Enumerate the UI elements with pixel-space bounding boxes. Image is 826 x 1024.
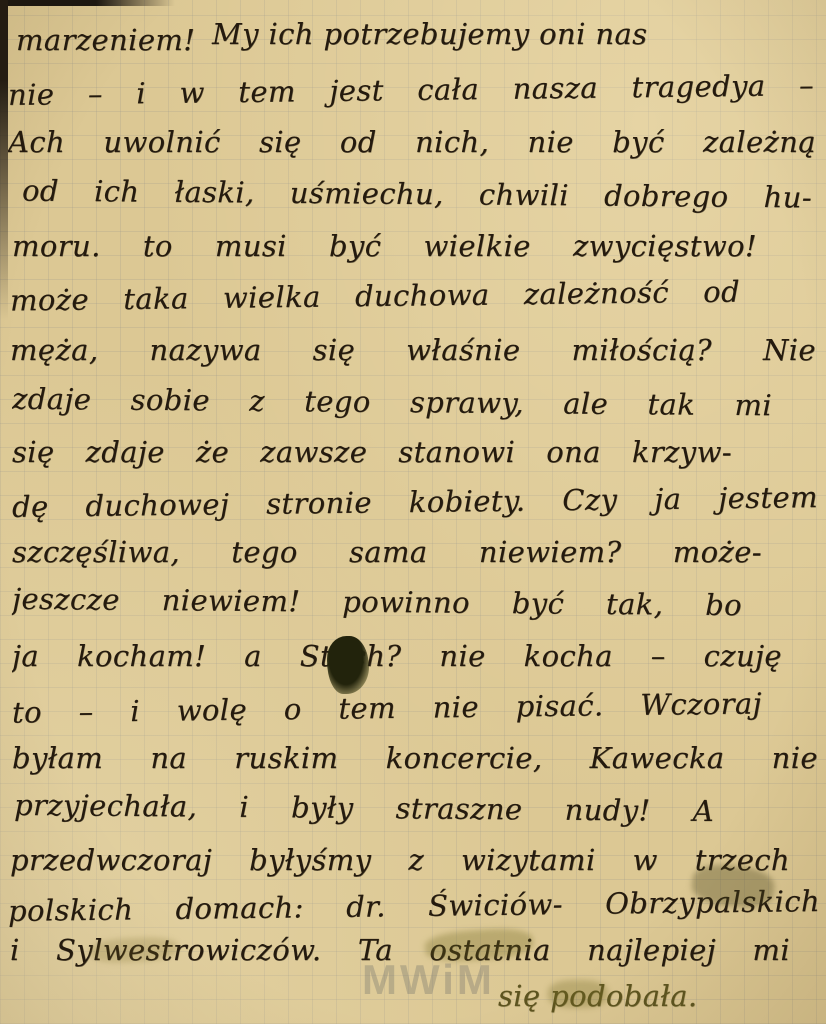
ink-smudge: [548, 980, 608, 1008]
manuscript-line: My ich potrzebujemy oni nas: [212, 14, 818, 54]
manuscript-line: moru. to musi być wielkie zwycięstwo!: [12, 226, 757, 270]
manuscript-line: może taka wielka duchowa zależność od: [10, 272, 740, 325]
manuscript-line: przedwczoraj byłyśmy z wizytami w trzech: [10, 840, 790, 884]
manuscript-line: od ich łaski, uśmiechu, chwili dobrego h…: [22, 171, 812, 222]
watermark: MWiM: [362, 956, 495, 1004]
document-page: marzeniem! My ich potrzebujemy oni nas n…: [0, 0, 826, 1024]
ink-blot: [327, 636, 369, 694]
manuscript-line: się zdaje że zawsze stanowi ona krzyw-: [12, 432, 732, 476]
manuscript-line: przyjechała, i były straszne nudy! A: [14, 785, 714, 835]
manuscript-line: jeszcze niewiem! powinno być tak, bo: [12, 579, 742, 629]
manuscript-line: ja kocham! a Stach? nie kocha – czuję: [12, 636, 782, 680]
page-edge-top: [0, 0, 175, 6]
page-edge-left: [0, 0, 8, 320]
manuscript-line: zdaje sobie z tego sprawy, ale tak mi: [12, 379, 772, 430]
manuscript-line: dę duchowej stronie kobiety. Czy ja jest…: [12, 477, 818, 531]
manuscript-line: szczęśliwa, tego sama niewiem? może-: [12, 532, 762, 576]
manuscript-line: marzeniem!: [16, 20, 195, 60]
manuscript-line: byłam na ruskim koncercie, Kawecka nie: [12, 738, 818, 782]
manuscript-line: Ach uwolnić się od nich, nie być zależną: [8, 122, 816, 166]
manuscript-line: nie – i w tem jest cała nasza tragedya –: [8, 65, 814, 119]
manuscript-line: męża, nazywa się właśnie miłością? Nie: [10, 330, 816, 374]
manuscript-line: to – i wolę o tem nie pisać. Wczoraj: [12, 683, 762, 736]
